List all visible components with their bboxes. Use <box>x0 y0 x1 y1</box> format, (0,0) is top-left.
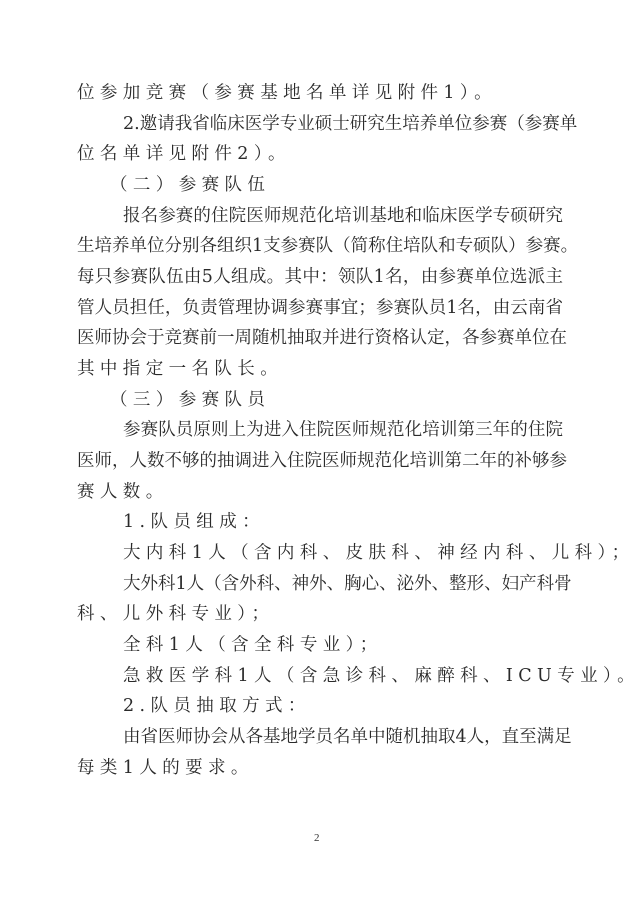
section-heading: （三）参赛队员 <box>110 389 596 411</box>
section-heading: （二）参赛队伍 <box>110 174 596 196</box>
text-line: 位名单详见附件2）。 <box>77 143 563 165</box>
text-line: 大外科1人（含外科、神外、胸心、泌外、整形、妇产科骨 <box>123 573 563 595</box>
text-line: 每只参赛队伍由5人组成。其中：领队1名，由参赛单位选派主 <box>77 266 563 288</box>
text-line: 其中指定一名队长。 <box>77 358 563 380</box>
text-line: 每类1人的要求。 <box>77 757 563 779</box>
text-line: 报名参赛的住院医师规范化培训基地和临床医学专硕研究 <box>123 205 563 227</box>
text-line: 科、儿外科专业）； <box>77 603 563 625</box>
document-page: 位参加竞赛（参赛基地名单详见附件1）。2.邀请我省临床医学专业硕士研究生培养单位… <box>0 0 636 900</box>
text-line: 2.邀请我省临床医学专业硕士研究生培养单位参赛（参赛单 <box>123 113 563 135</box>
text-line: 管人员担任，负责管理协调参赛事宜；参赛队员1名，由云南省 <box>77 297 563 319</box>
text-line: 医师，人数不够的抽调进入住院医师规范化培训第二年的补够参 <box>77 450 563 472</box>
text-line: 位参加竞赛（参赛基地名单详见附件1）。 <box>77 82 563 104</box>
text-line: 急救医学科1人（含急诊科、麻醉科、ICU专业）。 <box>123 665 563 687</box>
text-line: 生培养单位分别各组织1支参赛队（简称住培队和专硕队）参赛。 <box>77 235 563 257</box>
page-number: 2 <box>314 832 320 844</box>
text-line: 全科1人（含全科专业）； <box>123 634 563 656</box>
text-line: 参赛队员原则上为进入住院医师规范化培训第三年的住院 <box>123 419 563 441</box>
text-line: 由省医师协会从各基地学员名单中随机抽取4人，直至满足 <box>123 726 563 748</box>
text-line: 大内科1人（含内科、皮肤科、神经内科、儿科）； <box>123 542 563 564</box>
text-line: 1.队员组成： <box>123 511 563 533</box>
text-line: 2.队员抽取方式： <box>123 695 563 717</box>
text-line: 医师协会于竞赛前一周随机抽取并进行资格认定，各参赛单位在 <box>77 327 563 349</box>
text-line: 赛人数。 <box>77 481 563 503</box>
